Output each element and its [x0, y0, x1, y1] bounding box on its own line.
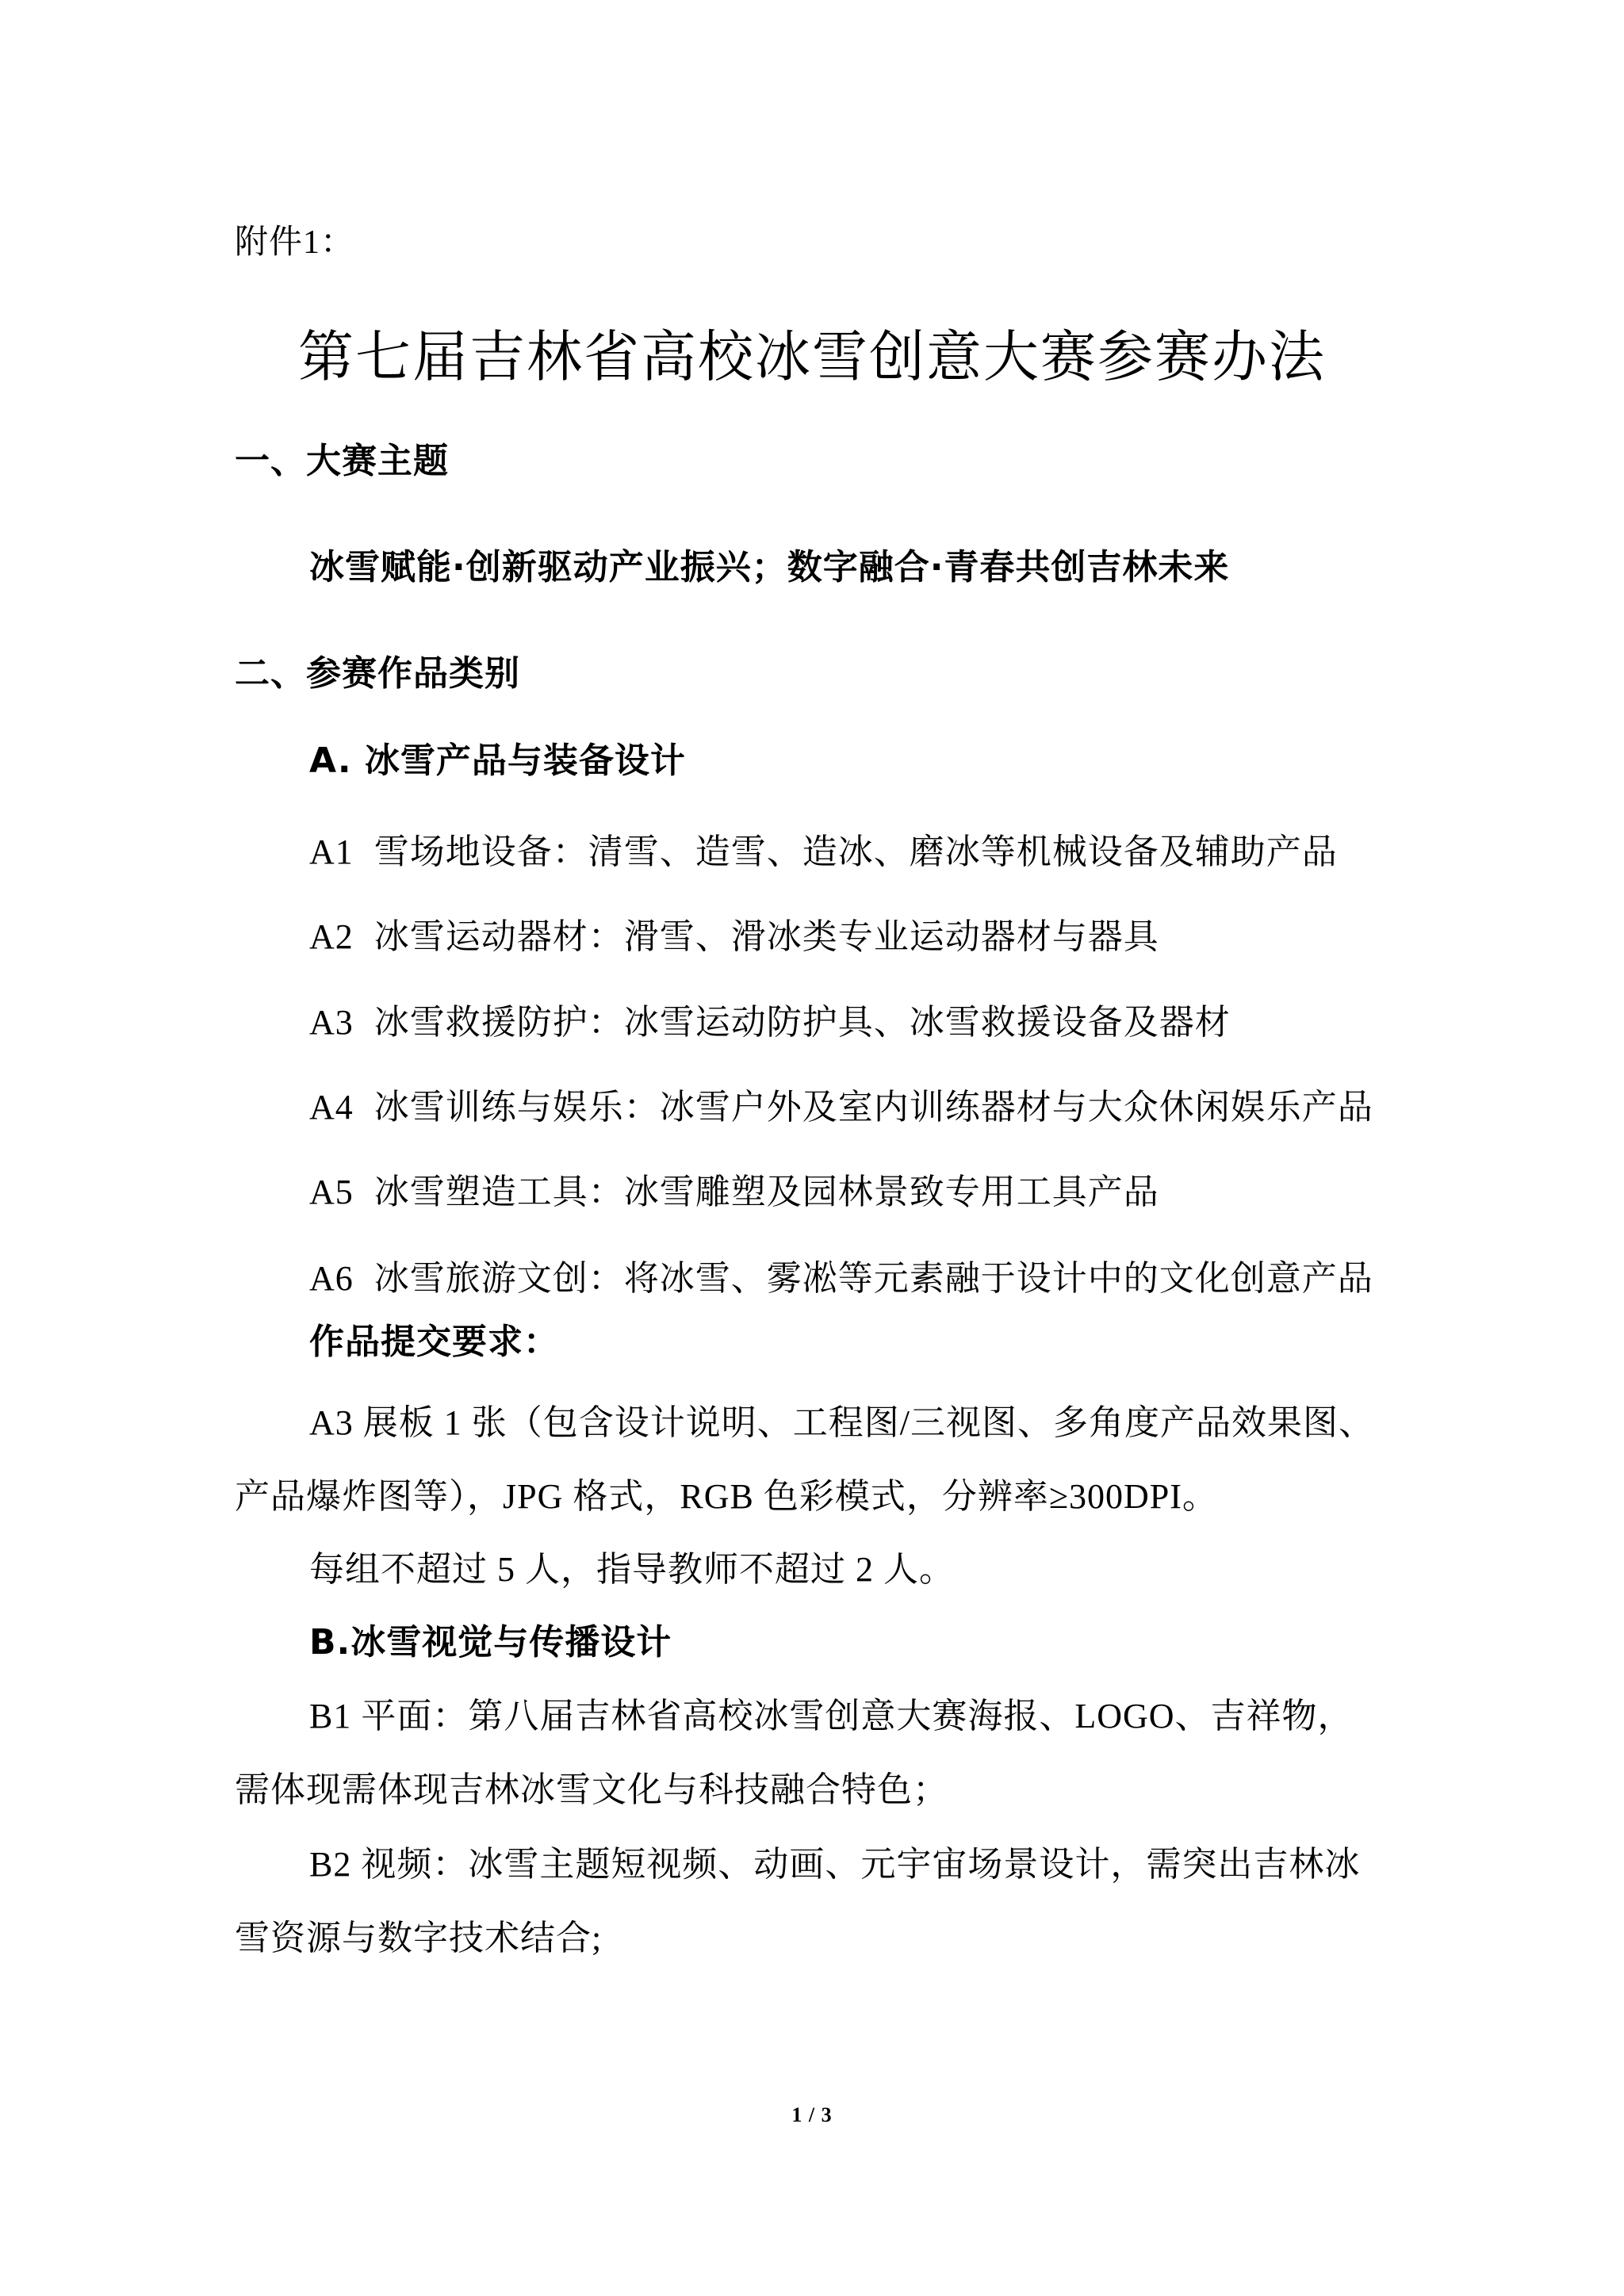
attachment-label: 附件1：	[235, 219, 354, 266]
team-limit-text: 每组不超过 5 人，指导教师不超过 2 人。	[309, 1546, 955, 1594]
section-heading-theme: 一、大赛主题	[235, 438, 449, 485]
list-item-a4: A4冰雪训练与娱乐：冰雪户外及室内训练器材与大众休闲娱乐产品	[309, 1084, 1373, 1131]
list-item-a2: A2冰雪运动器材：滑雪、滑冰类专业运动器材与器具	[309, 913, 1159, 961]
submission-requirements-line-1: A3 展板 1 张（包含设计说明、工程图/三视图、多角度产品效果图、	[309, 1399, 1374, 1447]
list-item-a3: A3冰雪救援防护：冰雪运动防护具、冰雪救援设备及器材	[309, 999, 1231, 1047]
b1-line-1: B1 平面：第八届吉林省高校冰雪创意大赛海报、LOGO、吉祥物，	[309, 1693, 1354, 1740]
list-item-a1: A1雪场地设备：清雪、造雪、造冰、磨冰等机械设备及辅助产品	[309, 828, 1338, 876]
item-code: A1	[309, 828, 354, 876]
item-text: 冰雪塑造工具：冰雪雕塑及园林景致专用工具产品	[374, 1173, 1159, 1211]
submission-requirements-heading: 作品提交要求：	[309, 1318, 559, 1366]
submission-requirements-line-2: 产品爆炸图等），JPG 格式，RGB 色彩模式，分辨率≥300DPI。	[235, 1473, 1218, 1521]
item-code: A3	[309, 999, 354, 1047]
section-heading-categories: 二、参赛作品类别	[235, 650, 520, 698]
b2-line-1: B2 视频：冰雪主题短视频、动画、元宇宙场景设计，需突出吉林冰	[309, 1841, 1360, 1888]
page-title: 第七届吉林省高校冰雪创意大赛参赛办法	[0, 321, 1624, 392]
item-code: A5	[309, 1169, 354, 1216]
category-b-heading: B.冰雪视觉与传播设计	[309, 1619, 672, 1667]
category-a-heading: A. 冰雪产品与装备设计	[309, 737, 686, 785]
item-text: 冰雪运动器材：滑雪、滑冰类专业运动器材与器具	[374, 917, 1159, 956]
b1-line-2: 需体现需体现吉林冰雪文化与科技融合特色；	[235, 1766, 948, 1814]
item-code: A4	[309, 1084, 354, 1131]
list-item-a6: A6冰雪旅游文创：将冰雪、雾凇等元素融于设计中的文化创意产品	[309, 1255, 1373, 1303]
item-text: 冰雪救援防护：冰雪运动防护具、冰雪救援设备及器材	[374, 1003, 1231, 1042]
b2-line-2: 雪资源与数字技术结合;	[235, 1915, 602, 1962]
item-text: 冰雪训练与娱乐：冰雪户外及室内训练器材与大众休闲娱乐产品	[374, 1088, 1373, 1127]
item-text: 冰雪旅游文创：将冰雪、雾凇等元素融于设计中的文化创意产品	[374, 1259, 1373, 1298]
page-number: 1 / 3	[0, 2101, 1624, 2130]
item-code: A6	[309, 1255, 354, 1303]
list-item-a5: A5冰雪塑造工具：冰雪雕塑及园林景致专用工具产品	[309, 1169, 1159, 1216]
item-text: 雪场地设备：清雪、造雪、造冰、磨冰等机械设备及辅助产品	[374, 832, 1338, 871]
item-code: A2	[309, 913, 354, 961]
document-page: 附件1： 第七届吉林省高校冰雪创意大赛参赛办法 一、大赛主题 冰雪赋能·创新驱动…	[0, 0, 1624, 2296]
contest-theme: 冰雪赋能·创新驱动产业振兴；数字融合·青春共创吉林未来	[309, 544, 1229, 591]
